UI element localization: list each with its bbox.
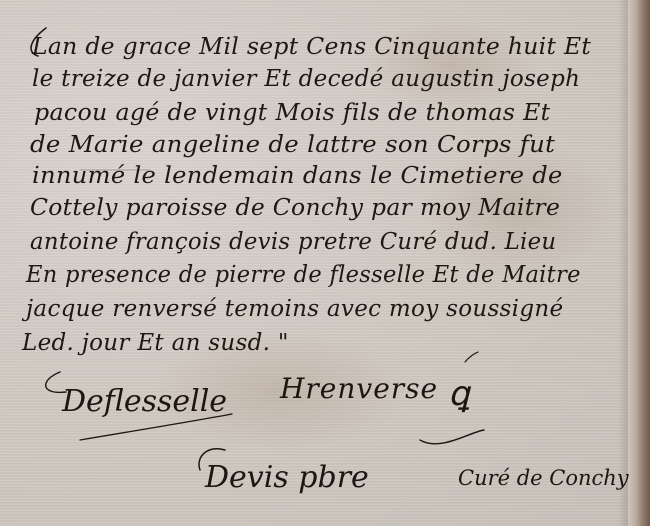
register-page: Lan de grace Mil sept Cens Cinquante hui… (0, 0, 650, 526)
entry-line-8: En presence de pierre de flesselle Et de… (26, 262, 581, 288)
entry-line-9: jacque renversé temoins avec moy soussig… (26, 296, 563, 322)
entry-line-3: pacou agé de vingt Mois fils de thomas E… (34, 100, 551, 126)
entry-line-10: Led. jour Et an susd. " (22, 330, 289, 356)
entry-line-5: innumé le lendemain dans le Cimetiere de (32, 163, 563, 189)
entry-line-7: antoine françois devis pretre Curé dud. … (30, 229, 556, 255)
signature-devis-pretre: Devis pbre (205, 460, 369, 495)
signature-mark: ꝗ (448, 374, 470, 414)
signature-deflesselle: Deflesselle (62, 384, 227, 419)
signature-renverse: Hrenverse (280, 372, 438, 405)
signature-cure-de-conchy: Curé de Conchy (458, 466, 629, 490)
handwritten-entry: Lan de grace Mil sept Cens Cinquante hui… (0, 0, 650, 526)
entry-line-1: Lan de grace Mil sept Cens Cinquante hui… (32, 34, 591, 60)
entry-line-2: le treize de janvier Et decedé augustin … (32, 66, 580, 92)
entry-line-4: de Marie angeline de lattre son Corps fu… (30, 132, 555, 158)
entry-line-6: Cottely paroisse de Conchy par moy Maitr… (30, 195, 560, 221)
